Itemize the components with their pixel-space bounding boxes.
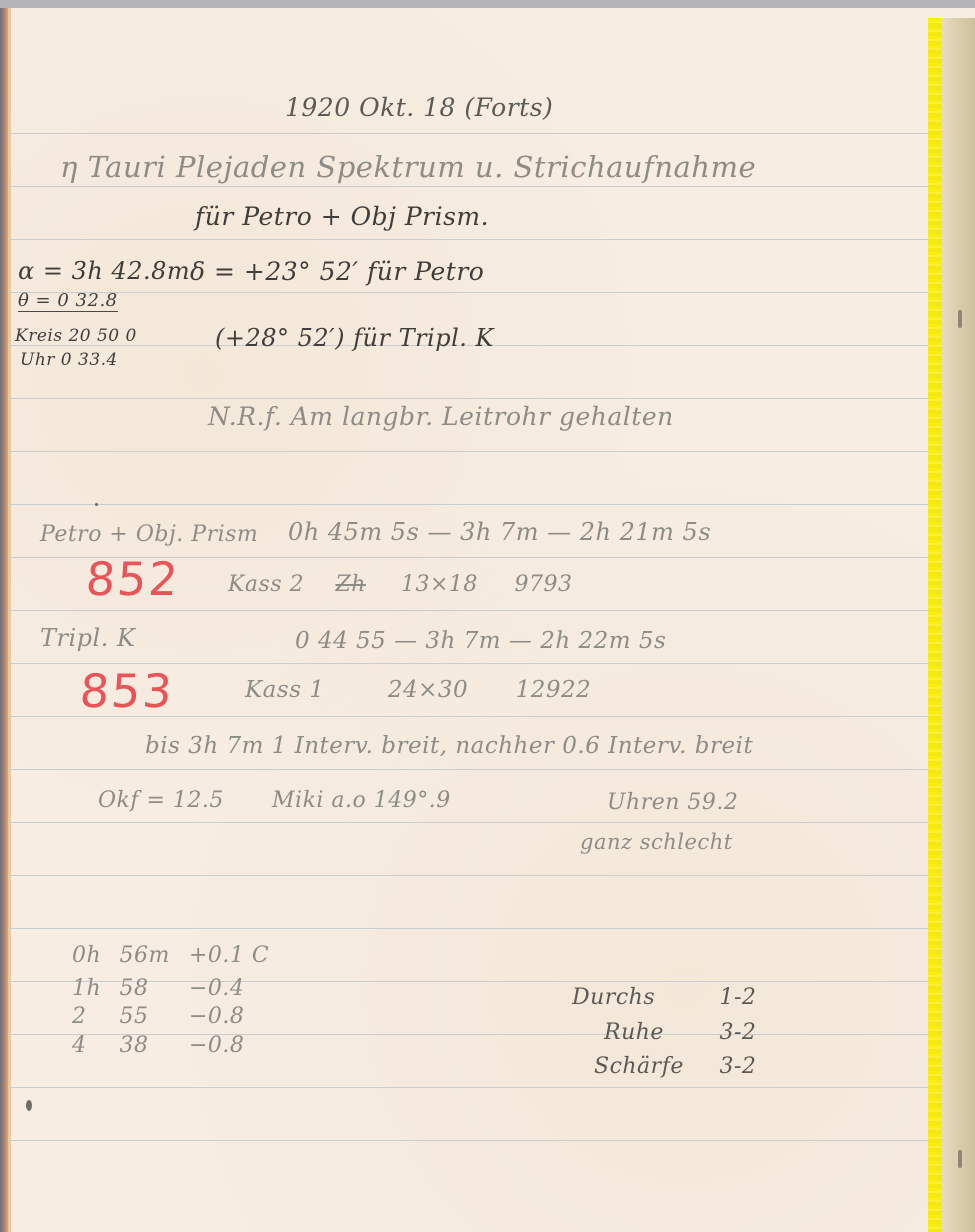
time-minute: 38 <box>120 1033 182 1058</box>
ruled-line <box>8 875 933 876</box>
page-header-date: 1920 Okt. 18 (Forts) <box>285 93 553 122</box>
time-correction: −0.8 <box>189 1033 244 1058</box>
yellow-highlighter-stripe <box>928 18 942 1232</box>
exposure-instrument: Tripl. K <box>40 624 135 652</box>
time-correction: +0.1 C <box>189 943 269 968</box>
time-hour: 0h <box>72 943 112 968</box>
ruled-line <box>8 186 933 187</box>
exposure-instrument: Petro + Obj. Prism <box>40 522 258 547</box>
ruled-line <box>8 451 933 452</box>
ruled-line <box>8 1087 933 1088</box>
paper-speck <box>26 1100 32 1111</box>
time-table-row: 1h 58 −0.4 <box>72 976 244 1001</box>
cassette: Kass 1 <box>245 677 380 703</box>
seeing-row: Durchs 1-2 <box>572 985 756 1010</box>
seeing-label: Schärfe <box>594 1054 712 1079</box>
guiding-note: N.R.f. Am langbr. Leitrohr gehalten <box>208 402 674 431</box>
plate-serial: 9793 <box>515 572 573 597</box>
uhren-quality-note: ganz schlecht <box>580 830 733 854</box>
exposure-details: Kass 2 Zh 13×18 9793 <box>228 572 573 597</box>
observation-title: η Tauri Plejaden Spektrum u. Strichaufna… <box>60 150 756 184</box>
exposure-times: 0 44 55 — 3h 7m — 2h 22m 5s <box>295 628 666 654</box>
seeing-label: Durchs <box>572 985 712 1010</box>
right-ascension: α = 3h 42.8m <box>18 257 190 285</box>
ruled-line <box>8 822 933 823</box>
okf-reading: Okf = 12.5 <box>98 788 224 813</box>
sidereal-time: θ = 0 32.8 <box>18 290 118 312</box>
plate-serial: 12922 <box>516 677 592 703</box>
ruled-line <box>8 239 933 240</box>
page-binding-edge <box>942 18 975 1232</box>
struck-text: Zh <box>336 572 394 597</box>
ruled-line <box>8 504 933 505</box>
time-minute: 58 <box>120 976 182 1001</box>
paper-speck <box>95 503 98 506</box>
ruled-line <box>8 398 933 399</box>
plate-size: 13×18 <box>401 572 507 597</box>
interval-note: bis 3h 7m 1 Interv. breit, nachher 0.6 I… <box>145 733 753 759</box>
seeing-value: 3-2 <box>720 1054 757 1079</box>
uhren-reading: Uhren 59.2 <box>607 790 738 815</box>
time-hour: 2 <box>72 1004 112 1029</box>
time-table-row: 4 38 −0.8 <box>72 1033 244 1058</box>
plate-number: 853 <box>78 664 176 718</box>
ruled-line <box>8 292 933 293</box>
cassette: Kass 2 <box>228 572 328 597</box>
declination-petro: δ = +23° 52′ für Petro <box>190 257 484 286</box>
time-correction: −0.8 <box>189 1004 244 1029</box>
seeing-value: 1-2 <box>720 985 757 1010</box>
observation-subtitle: für Petro + Obj Prism. <box>195 202 489 231</box>
time-correction: −0.4 <box>189 976 244 1001</box>
time-hour: 1h <box>72 976 112 1001</box>
miki-reading: Miki a.o 149°.9 <box>272 788 451 813</box>
kreis-reading: Kreis 20 50 0 <box>15 326 137 346</box>
binding-notch <box>958 310 962 328</box>
seeing-row: Ruhe 3-2 <box>604 1020 756 1045</box>
plate-size: 24×30 <box>388 677 508 703</box>
ruled-line <box>8 133 933 134</box>
exposure-details: Kass 1 24×30 12922 <box>245 677 591 703</box>
ruled-line <box>8 769 933 770</box>
exposure-times: 0h 45m 5s — 3h 7m — 2h 21m 5s <box>288 518 711 546</box>
time-minute: 55 <box>120 1004 182 1029</box>
time-table-row: 2 55 −0.8 <box>72 1004 244 1029</box>
time-hour: 4 <box>72 1033 112 1058</box>
uhr-reading: Uhr 0 33.4 <box>20 350 118 370</box>
seeing-row: Schärfe 3-2 <box>594 1054 756 1079</box>
ruled-line <box>8 928 933 929</box>
plate-number: 852 <box>84 552 182 606</box>
ruled-line <box>8 610 933 611</box>
declination-tripl: (+28° 52′) für Tripl. K <box>215 324 494 352</box>
time-minute: 56m <box>120 943 182 968</box>
seeing-label: Ruhe <box>604 1020 712 1045</box>
ruled-line <box>8 1140 933 1141</box>
binding-notch <box>958 1150 962 1168</box>
time-table-row: 0h 56m +0.1 C <box>72 943 269 968</box>
seeing-value: 3-2 <box>720 1020 757 1045</box>
